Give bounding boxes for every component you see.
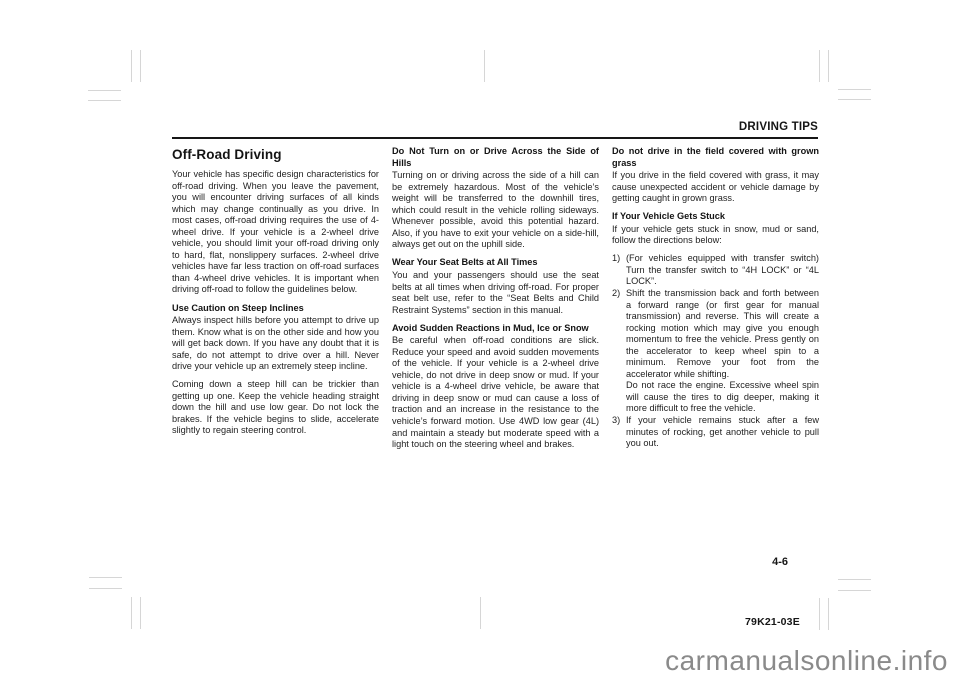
- paragraph: Do not race the engine. Excessive wheel …: [626, 380, 819, 415]
- crop-mark: [89, 577, 122, 578]
- list-item: 3) If your vehicle remains stuck after a…: [612, 415, 819, 450]
- crop-mark: [89, 588, 122, 589]
- column-2: Do Not Turn on or Drive Across the Side …: [392, 146, 599, 457]
- subheading: Do not drive in the field covered with g…: [612, 146, 819, 169]
- watermark: carmanualsonline.info: [665, 645, 948, 677]
- subheading: Wear Your Seat Belts at All Times: [392, 257, 599, 269]
- paragraph: Coming down a steep hill can be trickier…: [172, 379, 379, 437]
- page-body: Off-Road Driving Your vehicle has specif…: [172, 146, 818, 457]
- section-header: DRIVING TIPS: [172, 121, 818, 133]
- list-item: 1) (For vehicles equipped with transfer …: [612, 253, 819, 288]
- article-title: Off-Road Driving: [172, 146, 379, 164]
- crop-mark: [838, 89, 871, 90]
- paragraph: Turning on or driving across the side of…: [392, 170, 599, 251]
- list-number: 3): [612, 415, 620, 427]
- crop-mark: [88, 90, 121, 91]
- crop-mark: [131, 50, 132, 82]
- page-number: 4-6: [772, 556, 788, 568]
- paragraph: Be careful when off-road conditions are …: [392, 335, 599, 450]
- paragraph: Always inspect hills before you attempt …: [172, 315, 379, 373]
- crop-mark: [819, 598, 820, 630]
- subheading: Avoid Sudden Reactions in Mud, Ice or Sn…: [392, 323, 599, 335]
- paragraph: (For vehicles equipped with transfer swi…: [626, 253, 819, 288]
- list-number: 1): [612, 253, 620, 265]
- column-3: Do not drive in the field covered with g…: [612, 146, 819, 457]
- header-rule: [172, 137, 818, 139]
- crop-mark: [838, 579, 871, 580]
- numbered-steps: 1) (For vehicles equipped with transfer …: [612, 253, 819, 449]
- document-code: 79K21-03E: [745, 616, 800, 628]
- paragraph: Your vehicle has specific design charact…: [172, 169, 379, 296]
- paragraph: If your vehicle remains stuck after a fe…: [626, 415, 819, 450]
- paragraph: If you drive in the field covered with g…: [612, 170, 819, 205]
- subheading: Do Not Turn on or Drive Across the Side …: [392, 146, 599, 169]
- crop-mark: [480, 597, 481, 629]
- paragraph: Shift the transmission back and forth be…: [626, 288, 819, 380]
- crop-mark: [484, 50, 485, 82]
- list-item: 2) Shift the transmission back and forth…: [612, 288, 819, 415]
- paragraph: If your vehicle gets stuck in snow, mud …: [612, 224, 819, 247]
- crop-mark: [131, 597, 132, 629]
- subheading: Use Caution on Steep Inclines: [172, 303, 379, 315]
- crop-mark: [88, 100, 121, 101]
- crop-mark: [838, 590, 871, 591]
- subheading: If Your Vehicle Gets Stuck: [612, 211, 819, 223]
- crop-mark: [828, 598, 829, 630]
- column-1: Off-Road Driving Your vehicle has specif…: [172, 146, 379, 457]
- crop-mark: [140, 597, 141, 629]
- crop-mark: [828, 50, 829, 82]
- crop-mark: [819, 50, 820, 82]
- list-number: 2): [612, 288, 620, 300]
- paragraph: You and your passengers should use the s…: [392, 270, 599, 316]
- crop-mark: [140, 50, 141, 82]
- crop-mark: [838, 99, 871, 100]
